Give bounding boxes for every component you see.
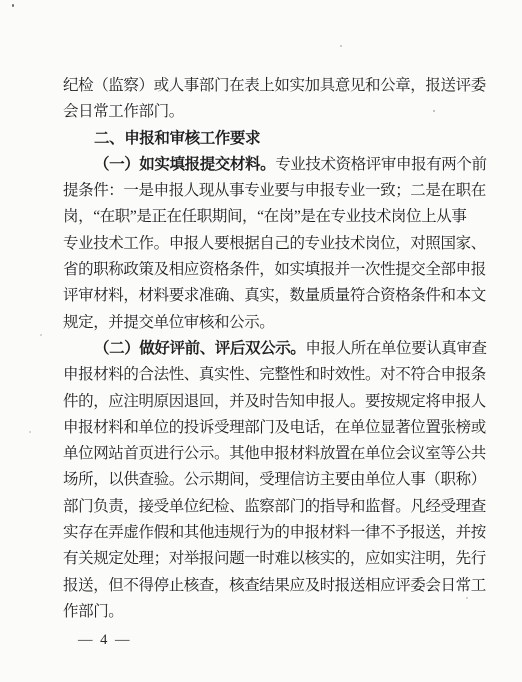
body-text: 场所，以供查验。公示期间，受理信访主要由单位人事（职称） bbox=[63, 471, 486, 488]
body-text: 申报人所在单位要认真审查 bbox=[305, 340, 486, 357]
body-text: 提条件：一是申报人现从事专业要与申报专业一致；二是在职在 bbox=[63, 182, 486, 199]
body-text: 件的，应注明原因退回，并及时告知申报人。要按规定将申报人 bbox=[63, 393, 486, 410]
document-line: 有关规定处理；对举报问题一时难以核实的，应如实注明，先行 bbox=[63, 546, 465, 572]
document-line: 纪检（监察）或人事部门在表上如实加具意见和公章，报送评委 bbox=[63, 73, 465, 99]
body-text: 申报材料和单位的投诉受理部门及电话，在单位显著位置张榜或 bbox=[63, 419, 486, 436]
body-text: 评审材料，材料要求准确、真实，数量质量符合资格条件和本文 bbox=[63, 287, 486, 304]
emphasis-text: （二）做好评前、评后双公示。 bbox=[94, 340, 305, 357]
body-text: 单位网站首页进行公示。其他申报材料放置在单位会议室等公共 bbox=[63, 445, 486, 462]
document-page: 纪检（监察）或人事部门在表上如实加具意见和公章，报送评委会日常工作部门。二、申报… bbox=[0, 0, 522, 682]
body-text: 纪检（监察）或人事部门在表上如实加具意见和公章，报送评委 bbox=[63, 77, 486, 94]
scan-speck bbox=[340, 45, 342, 47]
document-line: 部门负责，接受单位纪检、监察部门的指导和监督。凡经受理查 bbox=[63, 494, 465, 520]
document-line: 件的，应注明原因退回，并及时告知申报人。要按规定将申报人 bbox=[63, 389, 465, 415]
body-text: 部门负责，接受单位纪检、监察部门的指导和监督。凡经受理查 bbox=[63, 498, 486, 515]
body-text: 规定，并提交单位审核和公示。 bbox=[63, 314, 274, 331]
body-text: 岗，“在职”是正在任职期间，“在岗”是在专业技术岗位上从事 bbox=[63, 208, 466, 225]
document-line: （一）如实填报提交材料。专业技术资格评审申报有两个前 bbox=[63, 152, 465, 178]
scan-speck bbox=[433, 110, 435, 112]
body-text: 申报材料的合法性、真实性、完整性和时效性。对不符合申报条 bbox=[63, 366, 486, 383]
body-text: 报送，但不得停止核查，核查结果应及时报送相应评委会日常工 bbox=[63, 577, 486, 594]
body-text: 作部门。 bbox=[63, 603, 123, 620]
body-text: 有关规定处理；对举报问题一时难以核实的，应如实注明，先行 bbox=[63, 550, 486, 567]
scan-speck bbox=[29, 431, 31, 433]
emphasis-text: 二、申报和审核工作要求 bbox=[94, 130, 260, 147]
document-line: 省的职称政策及相应资格条件，如实填报并一次性提交全部申报 bbox=[63, 257, 465, 283]
body-text: 专业技术资格评审申报有两个前 bbox=[275, 156, 486, 173]
document-line: 申报材料的合法性、真实性、完整性和时效性。对不符合申报条 bbox=[63, 362, 465, 388]
scan-speck bbox=[466, 597, 468, 599]
document-body: 纪检（监察）或人事部门在表上如实加具意见和公章，报送评委会日常工作部门。二、申报… bbox=[63, 73, 465, 625]
scan-speck bbox=[40, 334, 42, 336]
body-text: 实存在弄虚作假和其他违规行为的申报材料一律不予报送，并按 bbox=[63, 524, 486, 541]
body-text: 省的职称政策及相应资格条件，如实填报并一次性提交全部申报 bbox=[63, 261, 486, 278]
document-line: 专业技术工作。申报人要根据自己的专业技术岗位，对照国家、 bbox=[63, 231, 465, 257]
scan-speck bbox=[12, 4, 14, 7]
document-line: 提条件：一是申报人现从事专业要与申报专业一致；二是在职在 bbox=[63, 178, 465, 204]
document-line: 评审材料，材料要求准确、真实，数量质量符合资格条件和本文 bbox=[63, 283, 465, 309]
scan-speck bbox=[476, 345, 478, 347]
document-line: 作部门。 bbox=[63, 599, 465, 625]
document-line: 实存在弄虚作假和其他违规行为的申报材料一律不予报送，并按 bbox=[63, 520, 465, 546]
document-line: 岗，“在职”是正在任职期间，“在岗”是在专业技术岗位上从事 bbox=[63, 204, 465, 230]
document-line: 二、申报和审核工作要求 bbox=[63, 126, 465, 152]
emphasis-text: （一）如实填报提交材料。 bbox=[94, 156, 275, 173]
body-text: 会日常工作部门。 bbox=[63, 103, 184, 120]
document-line: 规定，并提交单位审核和公示。 bbox=[63, 310, 465, 336]
document-line: （二）做好评前、评后双公示。申报人所在单位要认真审查 bbox=[63, 336, 465, 362]
document-line: 会日常工作部门。 bbox=[63, 99, 465, 125]
document-line: 申报材料和单位的投诉受理部门及电话，在单位显著位置张榜或 bbox=[63, 415, 465, 441]
document-line: 报送，但不得停止核查，核查结果应及时报送相应评委会日常工 bbox=[63, 573, 465, 599]
document-line: 场所，以供查验。公示期间，受理信访主要由单位人事（职称） bbox=[63, 467, 465, 493]
document-line: 单位网站首页进行公示。其他申报材料放置在单位会议室等公共 bbox=[63, 441, 465, 467]
body-text: 专业技术工作。申报人要根据自己的专业技术岗位，对照国家、 bbox=[63, 235, 486, 252]
page-number: — 4 — bbox=[78, 632, 132, 649]
